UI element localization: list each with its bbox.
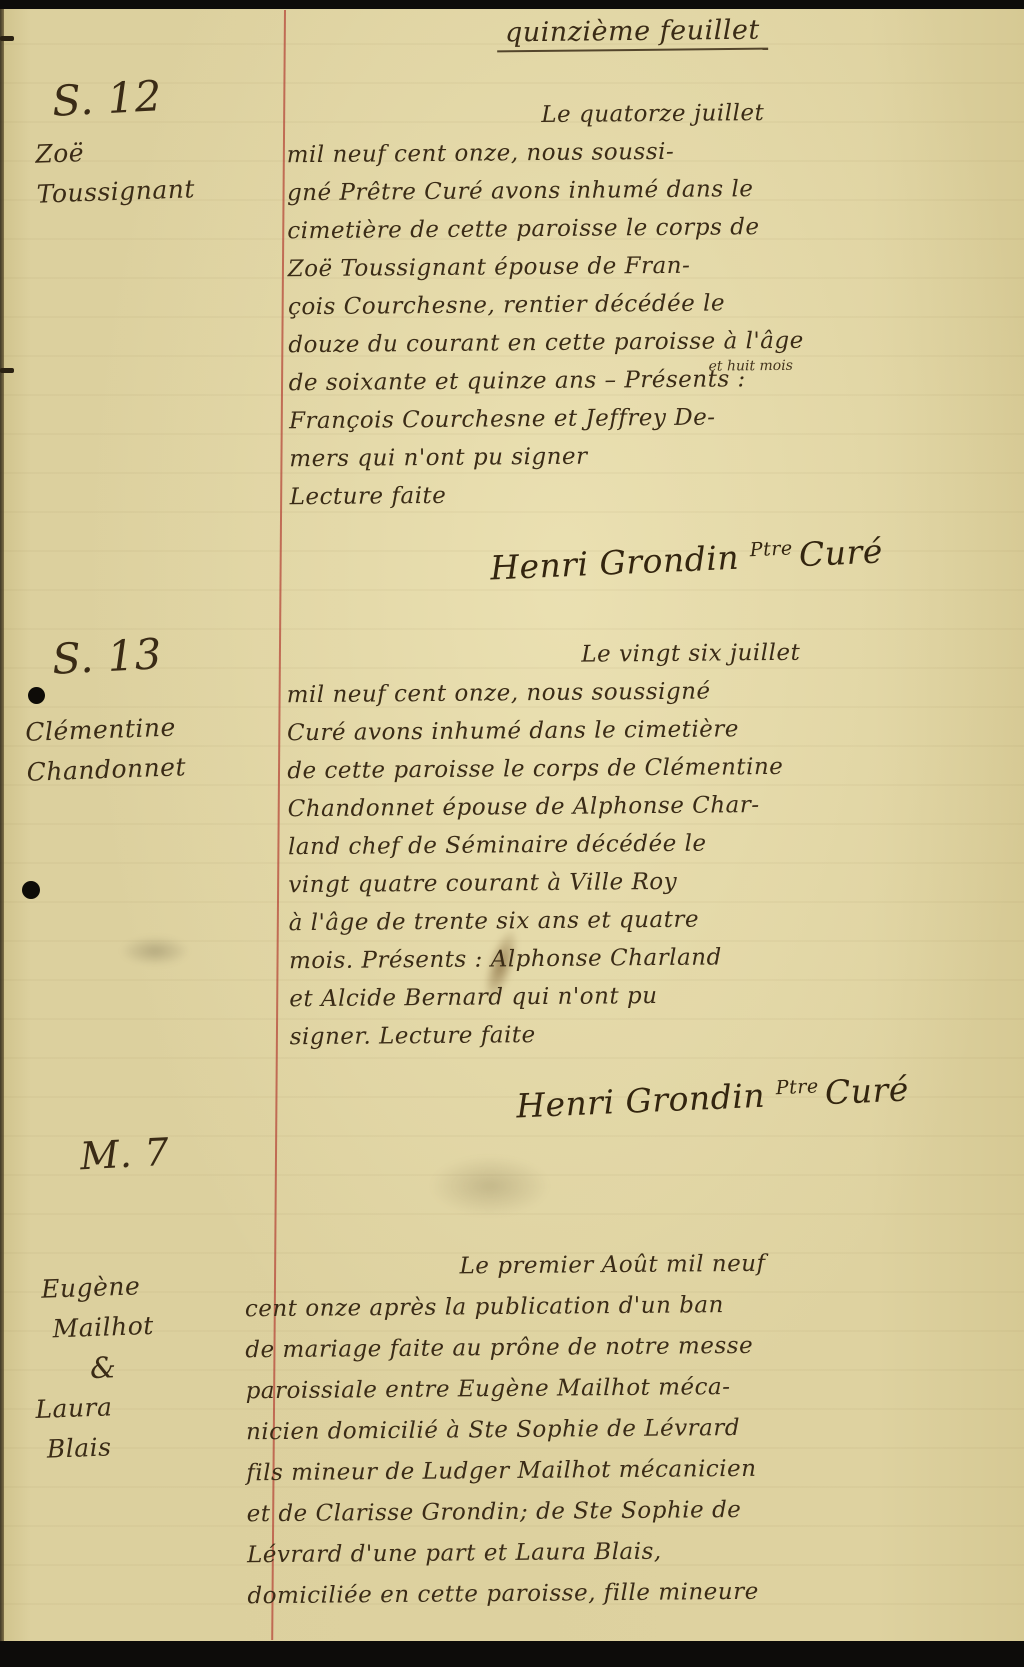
scanned-register-page: quinzième feuillet S. 12 Zoë Toussignant… — [0, 0, 1024, 1667]
scan-edge-top — [0, 0, 1024, 9]
signature-title-abbr: Ptre — [775, 1074, 819, 1099]
page-header: quinzième feuillet — [497, 15, 768, 53]
body-line: domiciliée en cette paroisse, fille mine… — [247, 1572, 768, 1618]
body-line: signer. Lecture faite — [290, 1014, 804, 1056]
scan-edge-bottom — [0, 1641, 1024, 1667]
stitch-mark — [0, 368, 14, 373]
body-line: Curé avons inhumé dans le cimetière — [287, 710, 801, 752]
body-line: et de Clarisse Grondin; de Ste Sophie de — [247, 1490, 768, 1536]
margin-name-line: Toussignant — [36, 169, 196, 214]
body-line: çois Courchesne, rentier décédée le — [288, 284, 804, 326]
entry1-number: S. 12 — [51, 71, 163, 126]
body-line: à l'âge de trente six ans et quatre — [289, 900, 803, 942]
margin-name-line: Eugène — [41, 1266, 154, 1310]
body-line: Lévrard d'une part et Laura Blais, — [247, 1531, 768, 1577]
hole-punch — [22, 881, 40, 899]
body-line: de cette paroisse le corps de Clémentine — [287, 748, 801, 790]
body-line: Lecture faite — [290, 474, 806, 516]
interlinear-insert: et huit mois — [708, 347, 793, 386]
stitch-mark — [0, 36, 14, 41]
body-line: paroissiale entre Eugène Mailhot méca- — [245, 1367, 766, 1413]
binding-edge — [0, 6, 4, 1644]
body-line: vingt quatre courant à Ville Roy — [288, 862, 802, 904]
signature-name: Henri Grondin — [515, 1076, 766, 1126]
body-line: mil neuf cent onze, nous soussi- — [287, 132, 803, 174]
entry1-margin-name: Zoë Toussignant — [35, 129, 196, 214]
margin-name-line: & — [89, 1346, 156, 1388]
entry3-body: Le premier Août mil neuf cent onze après… — [244, 1244, 768, 1618]
entry1-body: Le quatorze juillet mil neuf cent onze, … — [286, 94, 805, 516]
entry2-number: S. 13 — [51, 629, 163, 684]
priest-signature: Henri Grondin PtreCuré — [489, 531, 883, 587]
body-line: Le premier Août mil neuf — [244, 1244, 765, 1290]
smudge — [120, 936, 190, 966]
body-line: de mariage faite au prône de notre messe — [245, 1326, 766, 1372]
priest-signature: Henri Grondin PtreCuré — [515, 1069, 909, 1125]
margin-name-line: Chandonnet — [26, 747, 187, 793]
paper: quinzième feuillet S. 12 Zoë Toussignant… — [0, 6, 1024, 1644]
margin-name-line: Clémentine — [25, 707, 186, 753]
smudge — [430, 1156, 550, 1216]
margin-name-line: Zoë — [35, 129, 195, 174]
body-line: nicien domicilié à Ste Sophie de Lévrard — [246, 1408, 767, 1454]
entry2-margin-name: Clémentine Chandonnet — [25, 707, 187, 793]
entry2-body: Le vingt six juillet mil neuf cent onze,… — [286, 634, 804, 1056]
body-line: gné Prêtre Curé avons inhumé dans le — [287, 170, 803, 212]
body-line: fils mineur de Ludger Mailhot mécanicien — [246, 1449, 767, 1495]
hole-punch — [28, 687, 45, 704]
body-line: mil neuf cent onze, nous soussigné — [287, 672, 801, 714]
body-line: Le quatorze juillet — [286, 94, 802, 136]
margin-name-line: Blais — [46, 1426, 159, 1470]
body-line: mers qui n'ont pu signer — [289, 436, 805, 478]
body-line: Chandonnet épouse de Alphonse Char- — [288, 786, 802, 828]
signature-title-abbr: Ptre — [749, 536, 793, 561]
body-line: de soixante et quinze ans – Présents : e… — [289, 360, 805, 402]
body-line: cent onze après la publication d'un ban — [245, 1285, 766, 1331]
body-line: mois. Présents : Alphonse Charland — [289, 938, 803, 980]
body-line: et Alcide Bernard qui n'ont pu — [289, 976, 803, 1018]
signature-name: Henri Grondin — [489, 538, 740, 588]
margin-name-line: Laura — [35, 1386, 158, 1430]
body-line: land chef de Séminaire décédée le — [288, 824, 802, 866]
signature-title: Curé — [824, 1069, 909, 1112]
body-line: Zoë Toussignant épouse de Fran- — [288, 246, 804, 288]
signature-title: Curé — [798, 531, 883, 574]
body-line: cimetière de cette paroisse le corps de — [287, 208, 803, 250]
body-line: François Courchesne et Jeffrey De- — [289, 398, 805, 440]
entry3-number: M. 7 — [79, 1130, 170, 1179]
margin-name-line: Mailhot — [52, 1306, 155, 1350]
body-line: Le vingt six juillet — [286, 634, 800, 676]
entry3-margin-name: Eugène Mailhot & Laura Blais — [27, 1266, 159, 1470]
